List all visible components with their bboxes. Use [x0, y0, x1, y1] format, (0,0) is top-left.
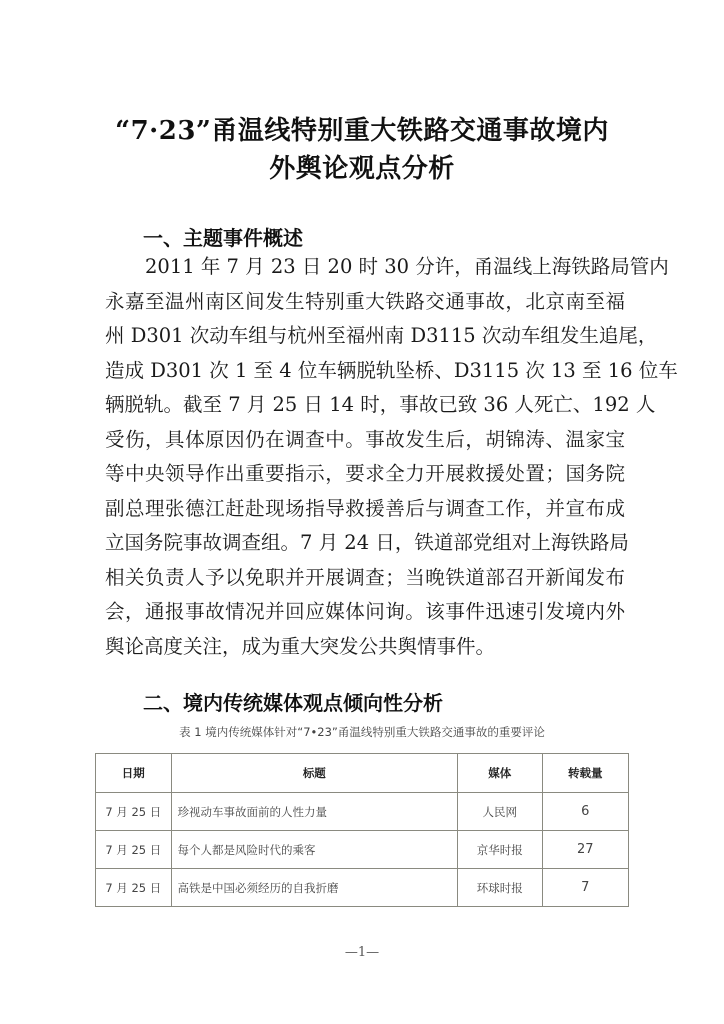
paragraph-line: 辆脱轨。截至 7 月 25 日 14 时，事故已致 36 人死亡、192 人	[105, 388, 625, 423]
cell-count: 6	[542, 793, 628, 831]
paragraph-line: 等中央领导作出重要指示，要求全力开展救援处置；国务院	[105, 457, 625, 492]
cell-title: 高铁是中国必须经历的自我折磨	[171, 869, 458, 907]
paragraph-line: 立国务院事故调查组。7 月 24 日，铁道部党组对上海铁路局	[105, 526, 625, 561]
section-2-heading: 二、境内传统媒体观点倾向性分析	[143, 687, 443, 716]
paragraph-line: 舆论高度关注，成为重大突发公共舆情事件。	[105, 630, 625, 665]
cell-media: 环球时报	[458, 869, 542, 907]
media-comments-table: 日期 标题 媒体 转载量 7 月 25 日 珍视动车事故面前的人性力量 人民网 …	[95, 753, 629, 907]
cell-count: 27	[542, 831, 628, 869]
cell-media: 京华时报	[458, 831, 542, 869]
cell-date: 7 月 25 日	[96, 831, 172, 869]
table-row: 7 月 25 日 珍视动车事故面前的人性力量 人民网 6	[96, 793, 629, 831]
cell-date: 7 月 25 日	[96, 869, 172, 907]
cell-count: 7	[542, 869, 628, 907]
cell-title: 每个人都是风险时代的乘客	[171, 831, 458, 869]
paragraph-line: 造成 D301 次 1 至 4 位车辆脱轨坠桥、D3115 次 13 至 16 …	[105, 354, 625, 389]
paragraph-line: 永嘉至温州南区间发生特别重大铁路交通事故，北京南至福	[105, 285, 625, 320]
column-header-count: 转载量	[542, 754, 628, 793]
paragraph-line: 2011 年 7 月 23 日 20 时 30 分许，甬温线上海铁路局管内	[105, 250, 625, 285]
paragraph-line: 受伤，具体原因仍在调查中。事故发生后，胡锦涛、温家宝	[105, 423, 625, 458]
column-header-media: 媒体	[458, 754, 542, 793]
column-header-title: 标题	[171, 754, 458, 793]
paragraph-line: 州 D301 次动车组与杭州至福州南 D3115 次动车组发生追尾，	[105, 319, 625, 354]
cell-media: 人民网	[458, 793, 542, 831]
cell-title: 珍视动车事故面前的人性力量	[171, 793, 458, 831]
section-1-paragraph: 2011 年 7 月 23 日 20 时 30 分许，甬温线上海铁路局管内 永嘉…	[105, 250, 625, 664]
paragraph-line: 副总理张德江赶赴现场指导救援善后与调查工作，并宣布成	[105, 492, 625, 527]
column-header-date: 日期	[96, 754, 172, 793]
table-row: 7 月 25 日 高铁是中国必须经历的自我折磨 环球时报 7	[96, 869, 629, 907]
section-1-heading: 一、主题事件概述	[143, 222, 303, 251]
paragraph-line: 相关负责人予以免职并开展调查；当晚铁道部召开新闻发布	[105, 561, 625, 596]
document-title-line-2: 外舆论观点分析	[0, 148, 724, 185]
cell-date: 7 月 25 日	[96, 793, 172, 831]
page-number: —1—	[0, 945, 724, 960]
table-caption: 表 1 境内传统媒体针对“7•23”甬温线特别重大铁路交通事故的重要评论	[0, 724, 724, 740]
document-title-line-1: “7·23”甬温线特别重大铁路交通事故境内	[0, 110, 724, 147]
table-header-row: 日期 标题 媒体 转载量	[96, 754, 629, 793]
paragraph-line: 会，通报事故情况并回应媒体问询。该事件迅速引发境内外	[105, 595, 625, 630]
table-row: 7 月 25 日 每个人都是风险时代的乘客 京华时报 27	[96, 831, 629, 869]
